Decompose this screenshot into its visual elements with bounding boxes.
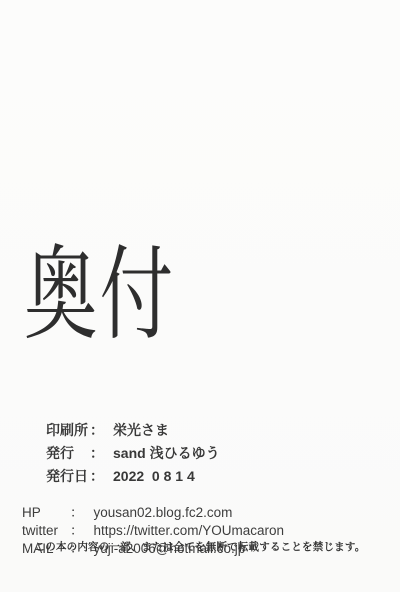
twitter-label: twitter (22, 522, 70, 540)
printer-value: 栄光さま (113, 421, 169, 439)
publish-date-separator: ： (90, 467, 104, 485)
publish-date-label: 発行日 (46, 467, 90, 485)
publish-date-value: 2022 0 8 1 4 (113, 467, 195, 485)
printer-separator: ： (90, 421, 104, 439)
twitter-url: https://twitter.com/YOUmacaron (94, 522, 285, 540)
publication-info: 印刷所 ： 栄光さま 発行 ： sand 浅ひるゆう 発行日 ： 2022 0 … (0, 421, 400, 558)
publish-date-row: 発行日 ： 2022 0 8 1 4 (46, 467, 400, 485)
publisher-label: 発行 (46, 444, 90, 462)
twitter-separator: ： (70, 522, 84, 540)
hp-separator: ： (70, 504, 84, 522)
printer-row: 印刷所 ： 栄光さま (46, 421, 400, 439)
page-title: 奥付 (24, 242, 175, 349)
publisher-separator: ： (90, 444, 104, 462)
copyright-notice: この本の内容の一部、または全てを無断で転載することを禁じます。 (0, 539, 400, 554)
publisher-value: sand 浅ひるゆう (113, 444, 220, 462)
colophon-page: 奥付 印刷所 ： 栄光さま 発行 ： sand 浅ひるゆう 発行日 ： 2022… (0, 0, 400, 592)
hp-url: yousan02.blog.fc2.com (94, 504, 233, 522)
hp-row: HP ： yousan02.blog.fc2.com (22, 504, 400, 522)
publisher-row: 発行 ： sand 浅ひるゆう (46, 444, 400, 462)
twitter-row: twitter ： https://twitter.com/YOUmacaron (22, 522, 400, 540)
publication-rows: 印刷所 ： 栄光さま 発行 ： sand 浅ひるゆう 発行日 ： 2022 0 … (46, 421, 400, 485)
printer-label: 印刷所 (46, 421, 90, 439)
hp-label: HP (22, 504, 70, 522)
